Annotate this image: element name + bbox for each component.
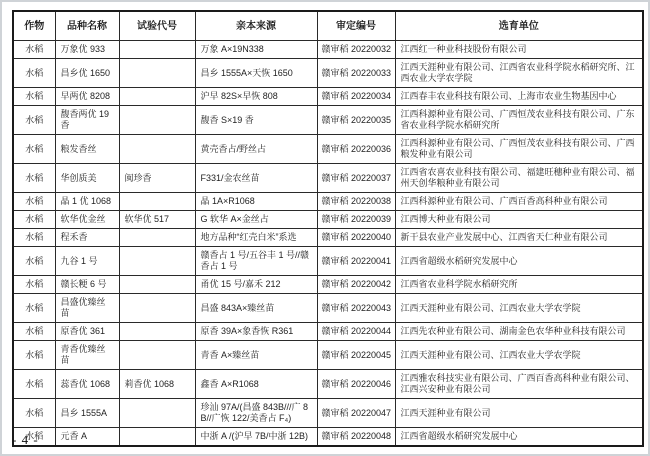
cell-variety-name: 原香优 361 [55, 323, 119, 341]
table-row: 水稻元香 A中浙 A /(沪早 7B/中浙 12B)赣审稻 20220048江西… [13, 428, 643, 447]
table-row: 水稻昌乡 1555A珍汕 97A/(昌盛 843B///广 8B//广恢 122… [13, 399, 643, 428]
cell-variety-name: 昌乡 1555A [55, 399, 119, 428]
variety-approval-table: 作物 品种名称 试验代号 亲本来源 审定编号 选育单位 水稻万象优 933万象 … [12, 10, 644, 447]
cell-crop: 水稻 [13, 106, 55, 135]
cell-variety-name: 程禾香 [55, 229, 119, 247]
cell-parent-source: 原香 39A×象香恢 R361 [195, 323, 317, 341]
header-approval-number: 审定编号 [317, 11, 395, 41]
header-crop: 作物 [13, 11, 55, 41]
cell-crop: 水稻 [13, 193, 55, 211]
cell-approval-number: 赣审稻 20220048 [317, 428, 395, 447]
table-row: 水稻程禾香地方品种“红壳白米”系选赣审稻 20220040新干县农业产业发展中心… [13, 229, 643, 247]
document-page: 作物 品种名称 试验代号 亲本来源 审定编号 选育单位 水稻万象优 933万象 … [0, 0, 650, 456]
cell-approval-number: 赣审稻 20220037 [317, 164, 395, 193]
cell-trial-code [119, 276, 195, 294]
cell-approval-number: 赣审稻 20220038 [317, 193, 395, 211]
table-row: 水稻早两优 8208沪早 82S×早恢 808赣审稻 20220034江西春丰农… [13, 88, 643, 106]
header-breeding-unit: 选育单位 [395, 11, 643, 41]
cell-crop: 水稻 [13, 399, 55, 428]
cell-breeding-unit: 江西先农种业有限公司、湖南金色农华种业科技有限公司 [395, 323, 643, 341]
cell-parent-source: 万象 A×19N338 [195, 41, 317, 59]
cell-variety-name: 早两优 8208 [55, 88, 119, 106]
cell-variety-name: 元香 A [55, 428, 119, 447]
table-row: 水稻蕊香优 1068莉香优 1068鑫香 A×R1068赣审稻 20220046… [13, 370, 643, 399]
table-row: 水稻赣长粳 6 号甬优 15 号/嘉禾 212赣审稻 20220042江西省农业… [13, 276, 643, 294]
cell-trial-code [119, 59, 195, 88]
cell-parent-source: 珍汕 97A/(昌盛 843B///广 8B//广恢 122/美香占 F₄) [195, 399, 317, 428]
cell-crop: 水稻 [13, 135, 55, 164]
table-row: 水稻晶 1 优 1068晶 1A×R1068赣审稻 20220038江西科源种业… [13, 193, 643, 211]
table-header: 作物 品种名称 试验代号 亲本来源 审定编号 选育单位 [13, 11, 643, 41]
table-row: 水稻青香优臻丝苗青香 A×臻丝苗赣审稻 20220045江西天涯种业有限公司、江… [13, 341, 643, 370]
cell-crop: 水稻 [13, 88, 55, 106]
table-row: 水稻华创质美闽珍香F331/金农丝苗赣审稻 20220037江西省农喜农业科技有… [13, 164, 643, 193]
cell-variety-name: 晶 1 优 1068 [55, 193, 119, 211]
table-row: 水稻馥香两优 19 香馥香 S×19 香赣审稻 20220035江西科源种业有限… [13, 106, 643, 135]
cell-variety-name: 赣长粳 6 号 [55, 276, 119, 294]
cell-approval-number: 赣审稻 20220044 [317, 323, 395, 341]
cell-breeding-unit: 江西博大种业有限公司 [395, 211, 643, 229]
cell-crop: 水稻 [13, 341, 55, 370]
cell-approval-number: 赣审稻 20220046 [317, 370, 395, 399]
cell-breeding-unit: 江西省超级水稻研究发展中心 [395, 428, 643, 447]
cell-trial-code [119, 323, 195, 341]
cell-crop: 水稻 [13, 229, 55, 247]
cell-approval-number: 赣审稻 20220033 [317, 59, 395, 88]
cell-trial-code: 闽珍香 [119, 164, 195, 193]
table-row: 水稻昌乡优 1650昌乡 1555A×天恢 1650赣审稻 20220033江西… [13, 59, 643, 88]
cell-trial-code [119, 428, 195, 447]
cell-breeding-unit: 江西科源种业有限公司、广西百香高科种业有限公司 [395, 193, 643, 211]
cell-crop: 水稻 [13, 294, 55, 323]
table-row: 水稻软华优金丝软华优 517G 软华 A×金丝占赣审稻 20220039江西博大… [13, 211, 643, 229]
header-row: 作物 品种名称 试验代号 亲本来源 审定编号 选育单位 [13, 11, 643, 41]
cell-trial-code: 莉香优 1068 [119, 370, 195, 399]
cell-parent-source: F331/金农丝苗 [195, 164, 317, 193]
cell-approval-number: 赣审稻 20220040 [317, 229, 395, 247]
cell-approval-number: 赣审稻 20220039 [317, 211, 395, 229]
cell-variety-name: 青香优臻丝苗 [55, 341, 119, 370]
table-row: 水稻昌盛优臻丝苗昌盛 843A×臻丝苗赣审稻 20220043江西天涯种业有限公… [13, 294, 643, 323]
cell-breeding-unit: 江西雅农科技实业有限公司、广西百香高科种业有限公司、江西兴安种业有限公司 [395, 370, 643, 399]
table-row: 水稻原香优 361原香 39A×象香恢 R361赣审稻 20220044江西先农… [13, 323, 643, 341]
cell-crop: 水稻 [13, 41, 55, 59]
cell-approval-number: 赣审稻 20220036 [317, 135, 395, 164]
cell-variety-name: 昌乡优 1650 [55, 59, 119, 88]
cell-variety-name: 万象优 933 [55, 41, 119, 59]
cell-parent-source: 青香 A×臻丝苗 [195, 341, 317, 370]
cell-parent-source: 黄壳香占/野丝占 [195, 135, 317, 164]
cell-parent-source: 昌盛 843A×臻丝苗 [195, 294, 317, 323]
cell-trial-code [119, 294, 195, 323]
cell-variety-name: 粮发香丝 [55, 135, 119, 164]
table-row: 水稻万象优 933万象 A×19N338赣审稻 20220032江西红一种业科技… [13, 41, 643, 59]
cell-breeding-unit: 江西天涯种业有限公司 [395, 399, 643, 428]
cell-variety-name: 华创质美 [55, 164, 119, 193]
cell-trial-code [119, 229, 195, 247]
cell-crop: 水稻 [13, 247, 55, 276]
cell-trial-code [119, 247, 195, 276]
cell-approval-number: 赣审稻 20220045 [317, 341, 395, 370]
cell-approval-number: 赣审稻 20220047 [317, 399, 395, 428]
cell-approval-number: 赣审稻 20220041 [317, 247, 395, 276]
cell-parent-source: 甬优 15 号/嘉禾 212 [195, 276, 317, 294]
cell-approval-number: 赣审稻 20220042 [317, 276, 395, 294]
cell-parent-source: 鑫香 A×R1068 [195, 370, 317, 399]
cell-parent-source: 赣香占 1 号/五谷丰 1 号//赣香占 1 号 [195, 247, 317, 276]
cell-trial-code [119, 88, 195, 106]
header-variety-name: 品种名称 [55, 11, 119, 41]
cell-breeding-unit: 江西红一种业科技股份有限公司 [395, 41, 643, 59]
cell-variety-name: 软华优金丝 [55, 211, 119, 229]
header-trial-code: 试验代号 [119, 11, 195, 41]
cell-breeding-unit: 江西天涯种业有限公司、江西农业大学农学院 [395, 294, 643, 323]
cell-parent-source: G 软华 A×金丝占 [195, 211, 317, 229]
cell-parent-source: 晶 1A×R1068 [195, 193, 317, 211]
cell-trial-code: 软华优 517 [119, 211, 195, 229]
cell-parent-source: 中浙 A /(沪早 7B/中浙 12B) [195, 428, 317, 447]
cell-approval-number: 赣审稻 20220035 [317, 106, 395, 135]
cell-approval-number: 赣审稻 20220032 [317, 41, 395, 59]
cell-variety-name: 九谷 1 号 [55, 247, 119, 276]
cell-parent-source: 馥香 S×19 香 [195, 106, 317, 135]
cell-crop: 水稻 [13, 59, 55, 88]
table-row: 水稻九谷 1 号赣香占 1 号/五谷丰 1 号//赣香占 1 号赣审稻 2022… [13, 247, 643, 276]
cell-trial-code [119, 193, 195, 211]
cell-crop: 水稻 [13, 211, 55, 229]
cell-crop: 水稻 [13, 370, 55, 399]
cell-breeding-unit: 江西春丰农业科技有限公司、上海市农业生物基因中心 [395, 88, 643, 106]
table-row: 水稻粮发香丝黄壳香占/野丝占赣审稻 20220036江西科源种业有限公司、广西恒… [13, 135, 643, 164]
cell-trial-code [119, 399, 195, 428]
cell-variety-name: 馥香两优 19 香 [55, 106, 119, 135]
cell-breeding-unit: 江西省超级水稻研究发展中心 [395, 247, 643, 276]
cell-breeding-unit: 江西天涯种业有限公司、江西省农业科学院水稻研究所、江西农业大学农学院 [395, 59, 643, 88]
cell-breeding-unit: 江西科源种业有限公司、广西恒茂农业科技有限公司、广西粮发种业有限公司 [395, 135, 643, 164]
header-parent-source: 亲本来源 [195, 11, 317, 41]
cell-trial-code [119, 135, 195, 164]
table-body: 水稻万象优 933万象 A×19N338赣审稻 20220032江西红一种业科技… [13, 41, 643, 447]
cell-trial-code [119, 341, 195, 370]
cell-variety-name: 昌盛优臻丝苗 [55, 294, 119, 323]
cell-breeding-unit: 江西科源种业有限公司、广西恒茂农业科技有限公司、广东省农业科学院水稻研究所 [395, 106, 643, 135]
cell-parent-source: 沪早 82S×早恢 808 [195, 88, 317, 106]
cell-breeding-unit: 江西省农业科学院水稻研究所 [395, 276, 643, 294]
page-number: - 4 - [12, 432, 39, 448]
cell-crop: 水稻 [13, 323, 55, 341]
cell-breeding-unit: 江西省农喜农业科技有限公司、福建旺穗种业有限公司、福州天创华粮种业有限公司 [395, 164, 643, 193]
cell-trial-code [119, 106, 195, 135]
cell-parent-source: 昌乡 1555A×天恢 1650 [195, 59, 317, 88]
cell-breeding-unit: 江西天涯种业有限公司、江西农业大学农学院 [395, 341, 643, 370]
cell-parent-source: 地方品种“红壳白米”系选 [195, 229, 317, 247]
cell-approval-number: 赣审稻 20220043 [317, 294, 395, 323]
cell-crop: 水稻 [13, 164, 55, 193]
cell-approval-number: 赣审稻 20220034 [317, 88, 395, 106]
cell-crop: 水稻 [13, 276, 55, 294]
cell-variety-name: 蕊香优 1068 [55, 370, 119, 399]
cell-trial-code [119, 41, 195, 59]
cell-breeding-unit: 新干县农业产业发展中心、江西省天仁种业有限公司 [395, 229, 643, 247]
